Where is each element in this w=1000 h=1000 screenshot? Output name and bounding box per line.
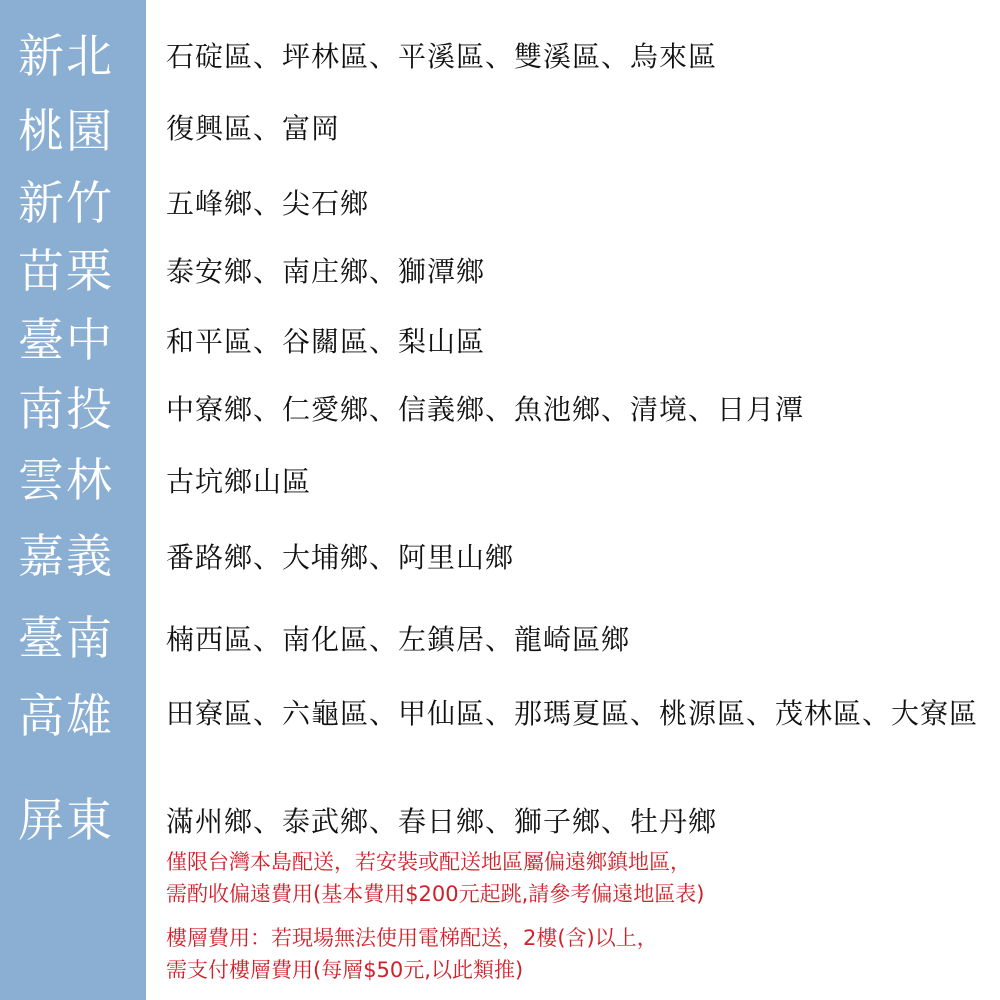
region-towns-taoyuan: 復興區、富岡	[166, 107, 980, 151]
region-towns-tainan: 楠西區、南化區、左鎮居、龍崎區鄉	[166, 618, 980, 662]
floor-fee-note-line2: 需支付樓層費用(每層$50元,以此類推)	[166, 954, 980, 986]
region-label-chiayi: 嘉義	[18, 528, 138, 584]
region-towns-taichung: 和平區、谷關區、梨山區	[166, 320, 980, 364]
region-towns-chiayi: 番路鄉、大埔鄉、阿里山鄉	[166, 536, 980, 580]
region-towns-miaoli: 泰安鄉、南庄鄉、獅潭鄉	[166, 250, 980, 294]
region-label-taoyuan: 桃園	[18, 103, 138, 159]
region-towns-nantou: 中寮鄉、仁愛鄉、信義鄉、魚池鄉、清境、日月潭	[166, 388, 980, 432]
remote-fee-note-line1: 僅限台灣本島配送，若安裝或配送地區屬偏遠鄉鎮地區，	[166, 846, 980, 878]
region-label-yunlin: 雲林	[18, 452, 138, 508]
region-label-new-taipei: 新北	[18, 28, 138, 84]
region-towns-kaohsiung: 田寮區、六龜區、甲仙區、那瑪夏區、桃源區、茂林區、大寮區	[166, 692, 990, 736]
region-towns-hsinchu: 五峰鄉、尖石鄉	[166, 182, 980, 226]
region-label-pingtung: 屏東	[18, 792, 138, 848]
region-label-nantou: 南投	[18, 381, 138, 437]
region-label-tainan: 臺南	[18, 610, 138, 666]
region-towns-pingtung: 滿州鄉、泰武鄉、春日鄉、獅子鄉、牡丹鄉	[166, 800, 980, 844]
region-label-hsinchu: 新竹	[18, 175, 138, 231]
floor-fee-note-line1: 樓層費用：若現場無法使用電梯配送，2樓(含)以上，	[166, 922, 980, 954]
region-label-miaoli: 苗栗	[18, 243, 138, 299]
remote-fee-note-line2: 需酌收偏遠費用(基本費用$200元起跳,請參考偏遠地區表)	[166, 878, 980, 910]
region-label-kaohsiung: 高雄	[18, 688, 138, 744]
region-label-taichung: 臺中	[18, 312, 138, 368]
region-towns-new-taipei: 石碇區、坪林區、平溪區、雙溪區、烏來區	[166, 35, 980, 79]
region-towns-yunlin: 古坑鄉山區	[166, 460, 980, 504]
